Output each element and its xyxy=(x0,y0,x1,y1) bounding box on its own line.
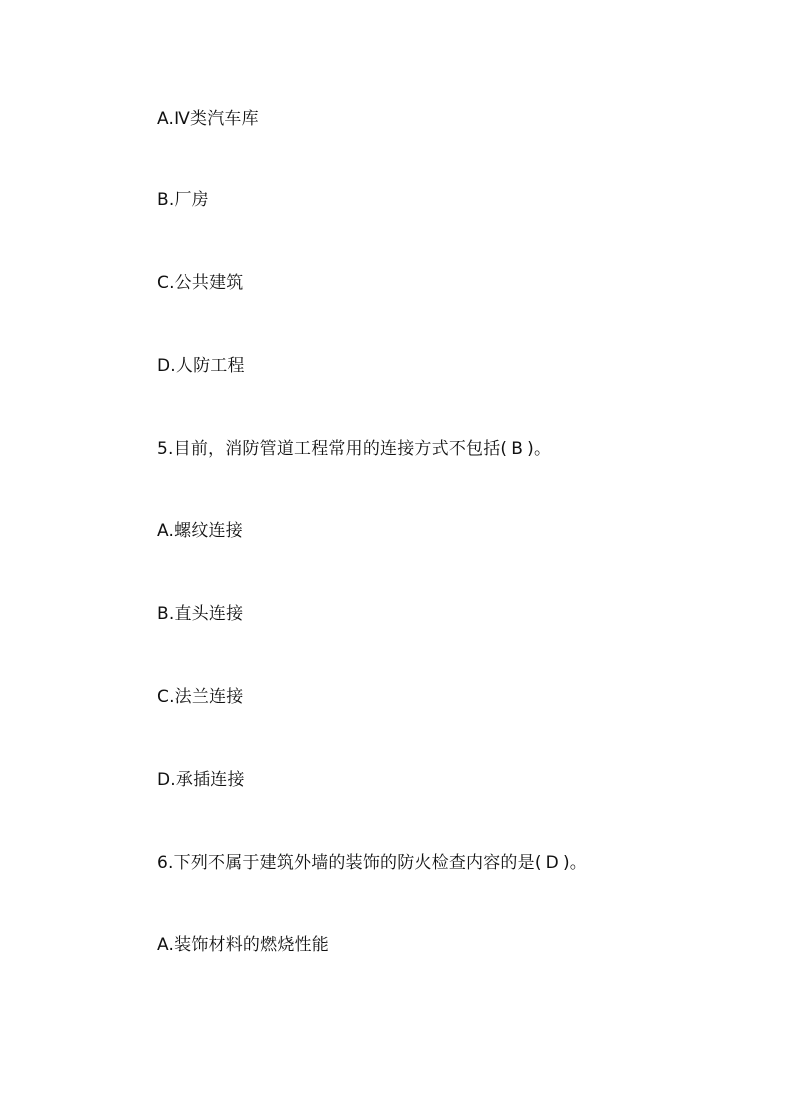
option-b-q4: B.厂房 xyxy=(157,189,209,211)
document-page: A.Ⅳ类汽车库 B.厂房 C.公共建筑 D.人防工程 5.目前，消防管道工程常用… xyxy=(0,0,792,1120)
option-c-q4: C.公共建筑 xyxy=(157,272,243,294)
question-5-suffix: )。 xyxy=(527,439,551,459)
question-6-suffix: )。 xyxy=(563,853,587,873)
question-5: 5.目前，消防管道工程常用的连接方式不包括(B)。 xyxy=(157,438,551,460)
option-b-q5: B.直头连接 xyxy=(157,603,243,625)
option-d-q5: D.承插连接 xyxy=(157,769,245,791)
question-6-answer: D xyxy=(542,852,563,874)
option-a-q4: A.Ⅳ类汽车库 xyxy=(157,108,259,130)
option-a-q5: A.螺纹连接 xyxy=(157,520,243,542)
option-d-q4: D.人防工程 xyxy=(157,355,245,377)
question-5-answer: B xyxy=(507,438,527,460)
option-a-q6: A.装饰材料的燃烧性能 xyxy=(157,934,329,956)
question-6-stem: 6.下列不属于建筑外墙的装饰的防火检查内容的是( xyxy=(157,853,542,873)
question-5-stem: 5.目前，消防管道工程常用的连接方式不包括( xyxy=(157,439,507,459)
option-c-q5: C.法兰连接 xyxy=(157,686,243,708)
question-6: 6.下列不属于建筑外墙的装饰的防火检查内容的是(D)。 xyxy=(157,852,587,874)
